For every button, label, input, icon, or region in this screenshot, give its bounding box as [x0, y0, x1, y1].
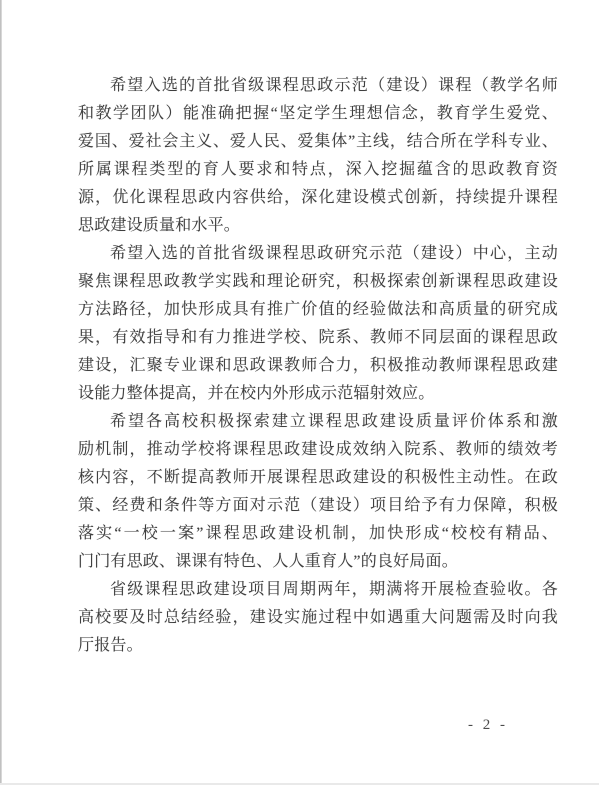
document-line: 落实“一校一案”课程思政建设机制，加快形成“校校有精品、: [78, 520, 558, 548]
document-line: 思政建设质量和水平。: [78, 212, 558, 240]
document-line: 源，优化课程思政内容供给，深化建设模式创新，持续提升课程: [78, 184, 558, 212]
document-line: 聚焦课程思政教学实践和理论研究，积极探索创新课程思政建设: [78, 268, 558, 296]
page-number: - 2 -: [468, 717, 508, 734]
document-line: 高校要及时总结经验，建设实施过程中如遇重大问题需及时向我: [78, 604, 558, 632]
document-line: 希望入选的首批省级课程思政示范（建设）课程（教学名师: [78, 72, 558, 100]
document-line: 所属课程类型的育人要求和特点，深入挖掘蕴含的思政教育资: [78, 156, 558, 184]
document-line: 方法路径，加快形成具有推广价值的经验做法和高质量的研究成: [78, 296, 558, 324]
document-body: 希望入选的首批省级课程思政示范（建设）课程（教学名师和教学团队）能准确把握“坚定…: [78, 72, 558, 660]
document-line: 希望各高校积极探索建立课程思政建设质量评价体系和激: [78, 408, 558, 436]
document-line: 果，有效指导和有力推进学校、院系、教师不同层面的课程思政: [78, 324, 558, 352]
document-line: 设能力整体提高，并在校内外形成示范辐射效应。: [78, 380, 558, 408]
document-line: 爱国、爱社会主义、爱人民、爱集体”主线，结合所在学科专业、: [78, 128, 558, 156]
document-line: 核内容，不断提高教师开展课程思政建设的积极性主动性。在政: [78, 464, 558, 492]
document-line: 和教学团队）能准确把握“坚定学生理想信念，教育学生爱党、: [78, 100, 558, 128]
document-line: 建设，汇聚专业课和思政课教师合力，积极推动教师课程思政建: [78, 352, 558, 380]
document-line: 省级课程思政建设项目周期两年，期满将开展检查验收。各: [78, 576, 558, 604]
document-line: 希望入选的首批省级课程思政研究示范（建设）中心，主动: [78, 240, 558, 268]
document-line: 励机制，推动学校将课程思政建设成效纳入院系、教师的绩效考: [78, 436, 558, 464]
document-line: 厅报告。: [78, 632, 558, 660]
document-line: 策、经费和条件等方面对示范（建设）项目给予有力保障，积极: [78, 492, 558, 520]
document-line: 门门有思政、课课有特色、人人重育人”的良好局面。: [78, 548, 558, 576]
scan-edge-artifact-left: [0, 0, 2, 785]
